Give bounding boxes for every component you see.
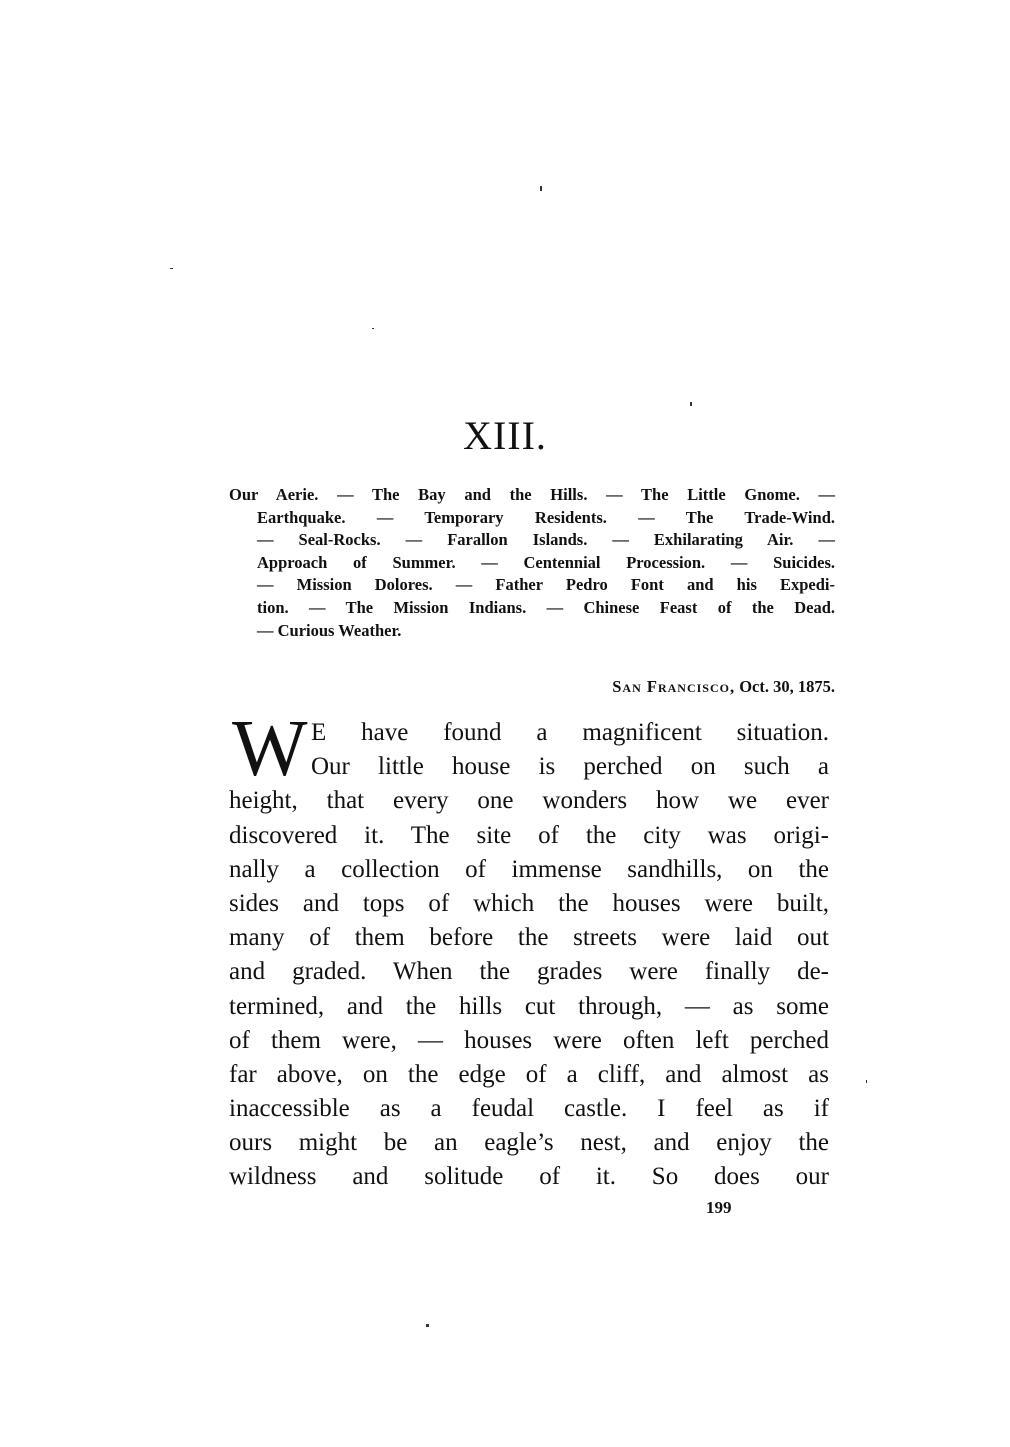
chapter-heading: XIII. bbox=[0, 412, 1010, 459]
body-line: ours might be an eagle’s nest, and enjoy… bbox=[229, 1126, 829, 1160]
dateline-place: San Francisco, bbox=[612, 677, 735, 696]
summary-line: Earthquake. — Temporary Residents. — The… bbox=[257, 507, 835, 530]
body-line: wildness and solitude of it. So does our bbox=[229, 1160, 829, 1194]
scan-speck bbox=[540, 186, 542, 191]
body-line: E have found a magnificent situation. bbox=[311, 716, 829, 750]
body-line: nally a collection of immense sandhills,… bbox=[229, 853, 829, 887]
scan-speck bbox=[426, 1324, 429, 1327]
chapter-summary: Our Aerie. — The Bay and the Hills. — Th… bbox=[229, 484, 835, 642]
summary-line: — Seal-Rocks. — Farallon Islands. — Exhi… bbox=[257, 529, 835, 552]
page-number: 199 bbox=[706, 1198, 732, 1218]
summary-line: — Curious Weather. bbox=[257, 620, 835, 643]
body-line: sides and tops of which the houses were … bbox=[229, 887, 829, 921]
scan-speck bbox=[170, 268, 173, 269]
body-line: discovered it. The site of the city was … bbox=[229, 819, 829, 853]
body-line: and graded. When the grades were finally… bbox=[229, 955, 829, 989]
body-line: inaccessible as a feudal castle. I feel … bbox=[229, 1092, 829, 1126]
body-line: many of them before the streets were lai… bbox=[229, 921, 829, 955]
body-line: termined, and the hills cut through, — a… bbox=[229, 990, 829, 1024]
scan-speck bbox=[690, 402, 692, 406]
body-line: far above, on the edge of a cliff, and a… bbox=[229, 1058, 829, 1092]
body-paragraph: E have found a magnificent situation. Ou… bbox=[229, 716, 829, 1195]
summary-line: — Mission Dolores. — Father Pedro Font a… bbox=[257, 574, 835, 597]
summary-line: Approach of Summer. — Centennial Process… bbox=[257, 552, 835, 575]
scan-speck bbox=[866, 1080, 867, 1083]
summary-line: Our Aerie. — The Bay and the Hills. — Th… bbox=[229, 484, 835, 507]
dateline-date: Oct. 30, 1875. bbox=[739, 677, 835, 696]
summary-line: tion. — The Mission Indians. — Chinese F… bbox=[257, 597, 835, 620]
body-line: height, that every one wonders how we ev… bbox=[229, 784, 829, 818]
dateline: San Francisco, Oct. 30, 1875. bbox=[0, 677, 835, 697]
body-line: of them were, — houses were often left p… bbox=[229, 1024, 829, 1058]
body-line: Our little house is perched on such a bbox=[311, 750, 829, 784]
scan-speck bbox=[372, 328, 374, 329]
